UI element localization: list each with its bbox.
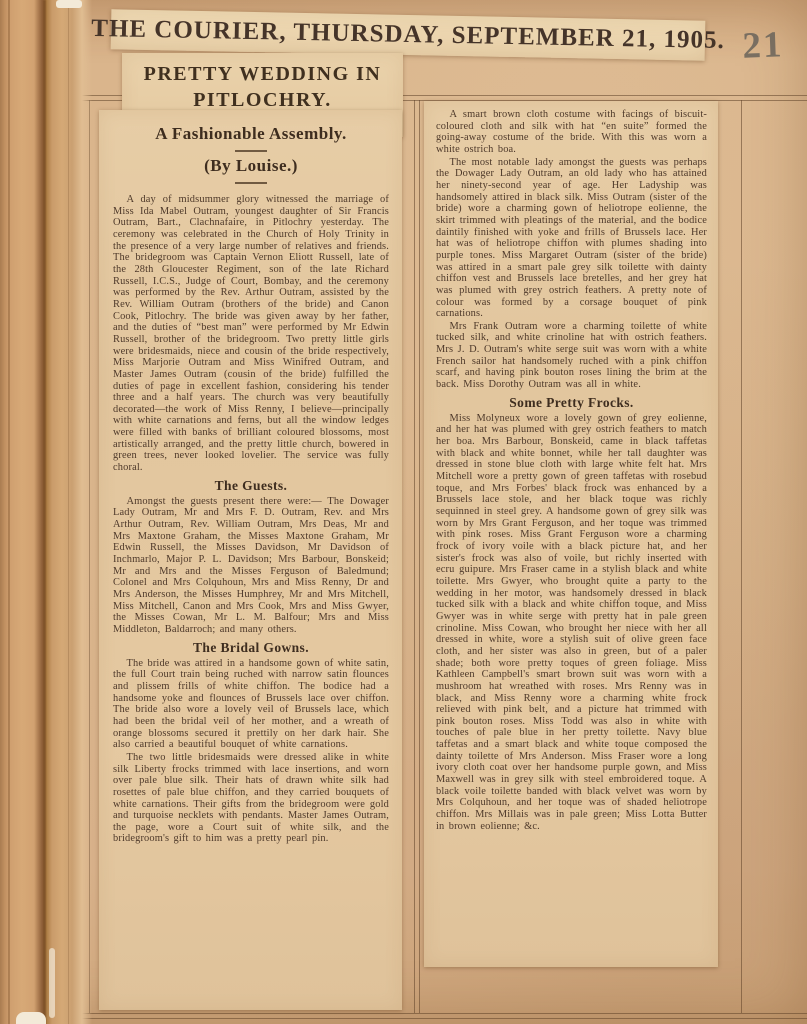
paragraph-going-away: A smart brown cloth costume with facings… [436,109,707,156]
scrapbook-page: 21 THE COURIER, THURSDAY, SEPTEMBER 21, … [0,0,807,1024]
divider-dash [235,182,267,184]
paragraph-frank-outram: Mrs Frank Outram wore a charming toilett… [436,321,707,391]
paper-scrap [16,1012,46,1024]
binding-crease [68,0,69,1024]
left-column-clipping: A Fashionable Assembly. (By Louise.) A d… [99,110,402,1010]
paragraph-frocks: Miss Molyneux wore a lovely gown of grey… [436,413,707,833]
rule-column-divider-outer [414,100,415,1013]
binding-crease [8,0,10,1024]
paragraph-bride-gown: The bride was attired in a handsome gown… [113,658,389,751]
rule-right-margin [741,100,742,1013]
paragraph-notable-guests: The most notable lady amongst the guests… [436,157,707,320]
masthead-text: THE COURIER, THURSDAY, SEPTEMBER 21, 190… [91,15,725,55]
binding-edge [0,0,92,1024]
paper-scrap [49,948,55,1018]
binding-crease [43,0,46,1024]
divider-dash [235,150,267,152]
rule-column-divider-inner [419,100,420,1013]
heading-bridal-gowns: The Bridal Gowns. [113,640,389,656]
right-column-clipping: A smart brown cloth costume with facings… [424,101,718,967]
heading-the-guests: The Guests. [113,478,389,494]
article-title-line1: PRETTY WEDDING IN [122,61,403,87]
paragraph-bridesmaids: The two little bridesmaids were dressed … [113,752,389,845]
page-number-stamp: 21 [732,23,793,68]
paragraph-intro: A day of midsummer glory witnessed the m… [113,194,389,474]
heading-some-pretty-frocks: Some Pretty Frocks. [436,395,707,411]
paper-scrap [56,0,82,8]
article-byline: (By Louise.) [113,156,389,176]
article-subtitle: A Fashionable Assembly. [113,124,389,144]
paragraph-guest-list: Amongst the guests present there were:— … [113,496,389,636]
rule-bottom-inner [40,1018,807,1019]
rule-bottom-outer [40,1013,807,1014]
